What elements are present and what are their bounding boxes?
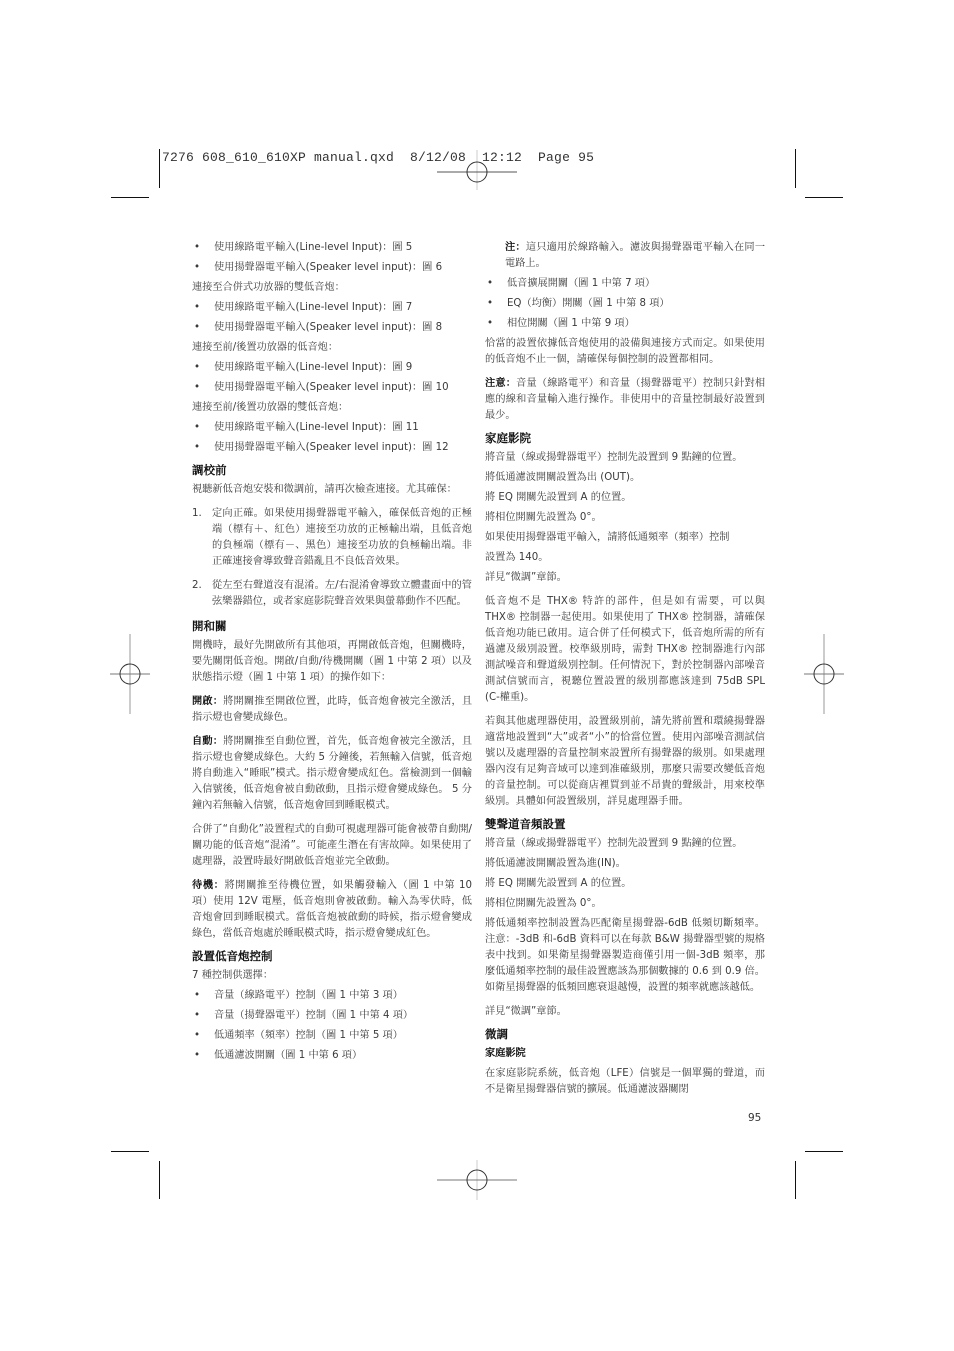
paragraph: 將相位開關先設置為 0°。: [485, 510, 765, 526]
bullet-icon: •: [192, 260, 214, 276]
crop-mark: [805, 1151, 843, 1152]
note: 注：這只適用於線路輸入。濾波與揚聲器電平輸入在同一電路上。: [485, 240, 765, 272]
list-item: •音量（揚聲器電平）控制（圖 1 中第 4 項）: [192, 1008, 472, 1024]
list-item: •使用揚聲器電平輸入(Speaker level input)：圖 12: [192, 440, 472, 456]
left-column: •使用線路電平輸入(Line-level Input)：圖 5 •使用揚聲器電平…: [192, 240, 472, 1068]
print-slug: 7276 608_610_610XP manual.qxd 8/12/08 12…: [162, 150, 594, 165]
list-item: •使用線路電平輸入(Line-level Input)：圖 11: [192, 420, 472, 436]
paragraph: 開機時，最好先開啟所有其他項，再開啟低音炮，但關機時，要先關閉低音炮。開啟/自動…: [192, 638, 472, 686]
registration-mark-bottom: [437, 1160, 517, 1200]
crop-mark: [159, 1161, 160, 1199]
list-item: •低通濾波開關（圖 1 中第 6 項）: [192, 1048, 472, 1064]
paragraph: 將音量（線或揚聲器電平）控制先設置到 9 點鐘的位置。: [485, 836, 765, 852]
crop-mark: [795, 149, 796, 188]
crop-mark: [111, 1151, 149, 1152]
paragraph: 注意：音量（線路電平）和音量（揚聲器電平）控制只針對相應的線和音量輸入進行操作。…: [485, 376, 765, 424]
connection-label: 連接至前/後置功放器的低音炮：: [192, 340, 472, 356]
bullet-icon: •: [192, 1048, 214, 1064]
paragraph: 若與其他處理器使用，設置級別前，請先將前置和環繞揚聲器適當地設置到“大”或者“小…: [485, 714, 765, 810]
paragraph: 低音炮不是 THX® 特許的部件，但是如有需要，可以與THX® 控制器一起使用。…: [485, 594, 765, 706]
bullet-icon: •: [485, 296, 507, 312]
paragraph: 將相位開關先設置為 0°。: [485, 896, 765, 912]
list-item: •使用揚聲器電平輸入(Speaker level input)：圖 10: [192, 380, 472, 396]
note-label: 注：: [505, 242, 526, 253]
paragraph: 將低通濾波開關設置為進(IN)。: [485, 856, 765, 872]
paragraph: 將 EQ 開關先設置到 A 的位置。: [485, 490, 765, 506]
paragraph: 開啟：將開關推至開啟位置，此時，低音炮會被完全激活，且指示燈也會變成綠色。: [192, 694, 472, 726]
note-label: 注意：: [485, 378, 516, 389]
right-column: 注：這只適用於線路輸入。濾波與揚聲器電平輸入在同一電路上。 •低音擴展開關（圖 …: [485, 240, 765, 1102]
section-heading: 調校前: [192, 462, 472, 478]
page-number: 95: [748, 1112, 761, 1124]
crop-mark: [805, 197, 843, 198]
list-item: •低通頻率（頻率）控制（圖 1 中第 5 項）: [192, 1028, 472, 1044]
section-heading: 雙聲道音頻設置: [485, 816, 765, 832]
section-heading: 開和關: [192, 618, 472, 634]
term-label: 開啟：: [192, 696, 223, 707]
paragraph: 將音量（線或揚聲器電平）控制先設置到 9 點鐘的位置。: [485, 450, 765, 466]
list-item: •使用線路電平輸入(Line-level Input)：圖 9: [192, 360, 472, 376]
section-heading: 設置低音炮控制: [192, 948, 472, 964]
bullet-icon: •: [192, 420, 214, 436]
paragraph: 7 種控制供選擇：: [192, 968, 472, 984]
paragraph: 在家庭影院系統，低音炮（LFE）信號是一個單獨的聲道，而不是衛星揚聲器信號的擴展…: [485, 1066, 765, 1098]
crop-mark: [795, 1161, 796, 1199]
bullet-icon: •: [192, 380, 214, 396]
bullet-icon: •: [485, 316, 507, 332]
paragraph: 如果使用揚聲器電平輸入，請將低通頻率（頻率）控制: [485, 530, 765, 546]
paragraph: 將 EQ 開關先設置到 A 的位置。: [485, 876, 765, 892]
bullet-icon: •: [192, 320, 214, 336]
list-item: •使用線路電平輸入(Line-level Input)：圖 7: [192, 300, 472, 316]
registration-mark-left: [110, 634, 150, 714]
paragraph: 將低通頻率控制設置為匹配衛星揚聲器-6dB 低頻切斷頻率。注意：-3dB 和-6…: [485, 916, 765, 996]
paragraph: 待機：將開關推至待機位置，如果觸發輸入（圖 1 中第 10 項）使用 12V 電…: [192, 878, 472, 942]
bullet-icon: •: [192, 360, 214, 376]
list-item: •使用線路電平輸入(Line-level Input)：圖 5: [192, 240, 472, 256]
bullet-icon: •: [192, 988, 214, 1004]
crop-mark: [159, 149, 160, 188]
list-item: •EQ（均衡）開關（圖 1 中第 8 項）: [485, 296, 765, 312]
paragraph: 將低通濾波開關設置為出 (OUT)。: [485, 470, 765, 486]
paragraph: 詳見“微調”章節。: [485, 1004, 765, 1020]
section-heading: 家庭影院: [485, 430, 765, 446]
crop-mark: [111, 197, 149, 198]
connection-label: 連接至合併式功放器的雙低音炮：: [192, 280, 472, 296]
numbered-item: 1.定向正確。如果使用揚聲器電平輸入，確保低音炮的正極端（標有＋、紅色）連接至功…: [192, 506, 472, 570]
paragraph: 詳見“微調”章節。: [485, 570, 765, 586]
paragraph: 合併了“自動化”設置程式的自動可視處理器可能會被帶自動開/關功能的低音炮“混淆”…: [192, 822, 472, 870]
paragraph: 設置為 140。: [485, 550, 765, 566]
paragraph: 自動：將開關推至自動位置，首先，低音炮會被完全激活，且指示燈也會變成綠色。大約 …: [192, 734, 472, 814]
term-label: 自動：: [192, 736, 223, 747]
section-heading: 微調: [485, 1026, 765, 1042]
paragraph: 恰當的設置依據低音炮使用的設備與連接方式而定。如果使用的低音炮不止一個，請確保每…: [485, 336, 765, 368]
subsection-heading: 家庭影院: [485, 1046, 765, 1062]
numbered-item: 2.從左至右聲道沒有混淆。左/右混淆會導致立體畫面中的管弦樂器錯位，或者家庭影院…: [192, 578, 472, 610]
list-item: •使用揚聲器電平輸入(Speaker level input)：圖 6: [192, 260, 472, 276]
list-item: •使用揚聲器電平輸入(Speaker level input)：圖 8: [192, 320, 472, 336]
registration-mark-right: [804, 634, 844, 714]
bullet-icon: •: [192, 240, 214, 256]
list-item: •相位開關（圖 1 中第 9 項）: [485, 316, 765, 332]
paragraph: 視聽新低音炮安裝和微調前，請再次檢查連接。尤其確保：: [192, 482, 472, 498]
connection-label: 連接至前/後置功放器的雙低音炮：: [192, 400, 472, 416]
bullet-icon: •: [485, 276, 507, 292]
list-item: •低音擴展開關（圖 1 中第 7 項）: [485, 276, 765, 292]
list-item: •音量（線路電平）控制（圖 1 中第 3 項）: [192, 988, 472, 1004]
bullet-icon: •: [192, 1008, 214, 1024]
bullet-icon: •: [192, 1028, 214, 1044]
bullet-icon: •: [192, 300, 214, 316]
term-label: 待機：: [192, 880, 224, 891]
bullet-icon: •: [192, 440, 214, 456]
